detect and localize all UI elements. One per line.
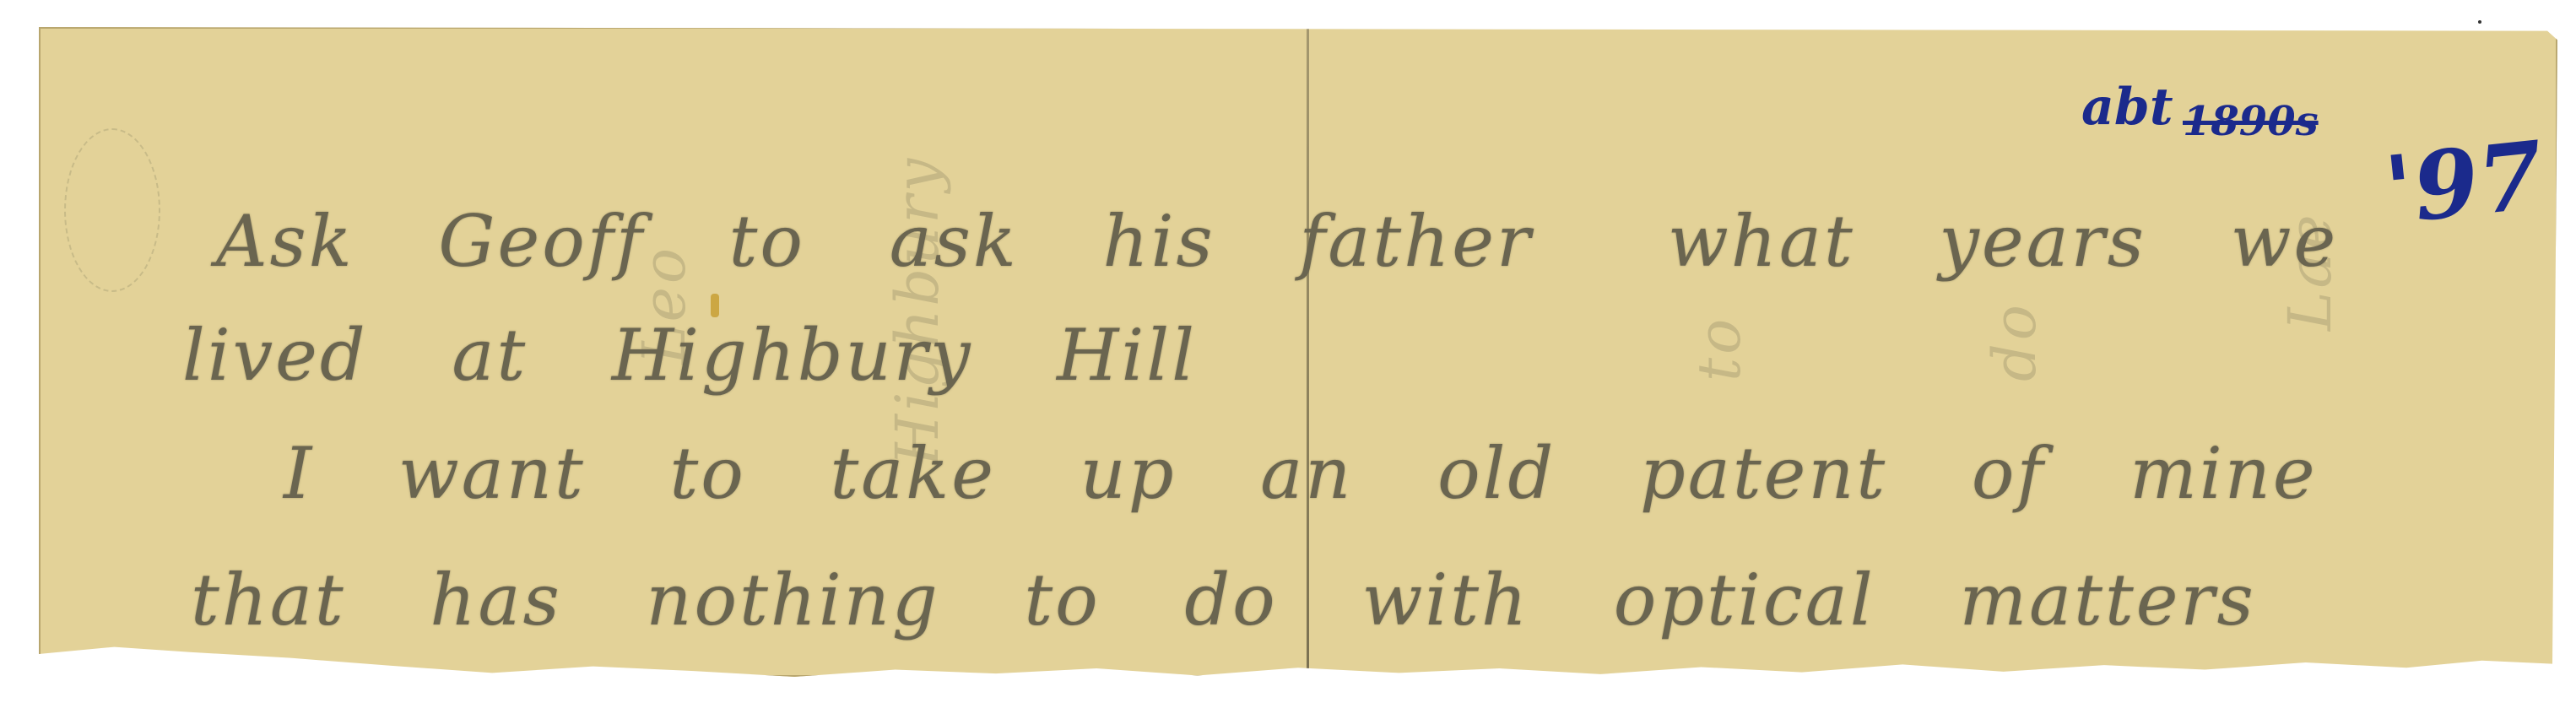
word: mine [2130,432,2317,515]
word: old [1437,432,1556,515]
word: an [1260,432,1353,515]
annotation-abt: abt [2081,78,2173,137]
word: up [1080,432,1177,515]
word: Ask [216,200,354,283]
word: years [1939,200,2146,283]
handwritten-line-3: I want to take up an old patent of mine [284,432,2377,515]
word: optical [1614,559,1875,641]
word: matters [1959,559,2255,641]
word: to [729,200,805,283]
annotation-struck-year: 1890s [2183,98,2319,145]
word: we [2231,200,2339,283]
word: ask [890,200,1019,283]
word: with [1361,559,1529,641]
word: I [284,432,314,515]
word: to [1024,559,1100,641]
word: do [1184,559,1277,641]
word: Geoff [438,200,645,283]
word: take [830,432,995,515]
handwritten-line-2: lived at Highbury Hill [182,314,1256,397]
word: of [1972,432,2046,515]
annotation-year: '97 [2380,121,2548,246]
word: that [191,559,346,641]
word: to [669,432,745,515]
handwritten-line-4: that has nothing to do with optical matt… [191,559,2315,641]
dust-speck [2478,20,2481,24]
faint-stamp-mark [64,128,160,292]
word: Highbury [612,314,972,397]
bleed-through-text: do [1980,301,2049,381]
bleed-through-text: to [1685,316,1754,381]
word: nothing [646,559,939,641]
word: has [430,559,561,641]
word: father [1299,200,1533,283]
handwritten-line-1: Ask Geoff to ask his father what years w… [216,200,2397,283]
word: patent [1640,432,1887,515]
word: at [452,314,528,397]
word: his [1102,200,1215,283]
word: Hill [1057,314,1197,397]
word: lived [182,314,368,397]
paper-slip: Leo Highbury to do Lae Ask Geoff to ask … [39,27,2557,677]
word: want [398,432,586,515]
word: what [1668,200,1855,283]
